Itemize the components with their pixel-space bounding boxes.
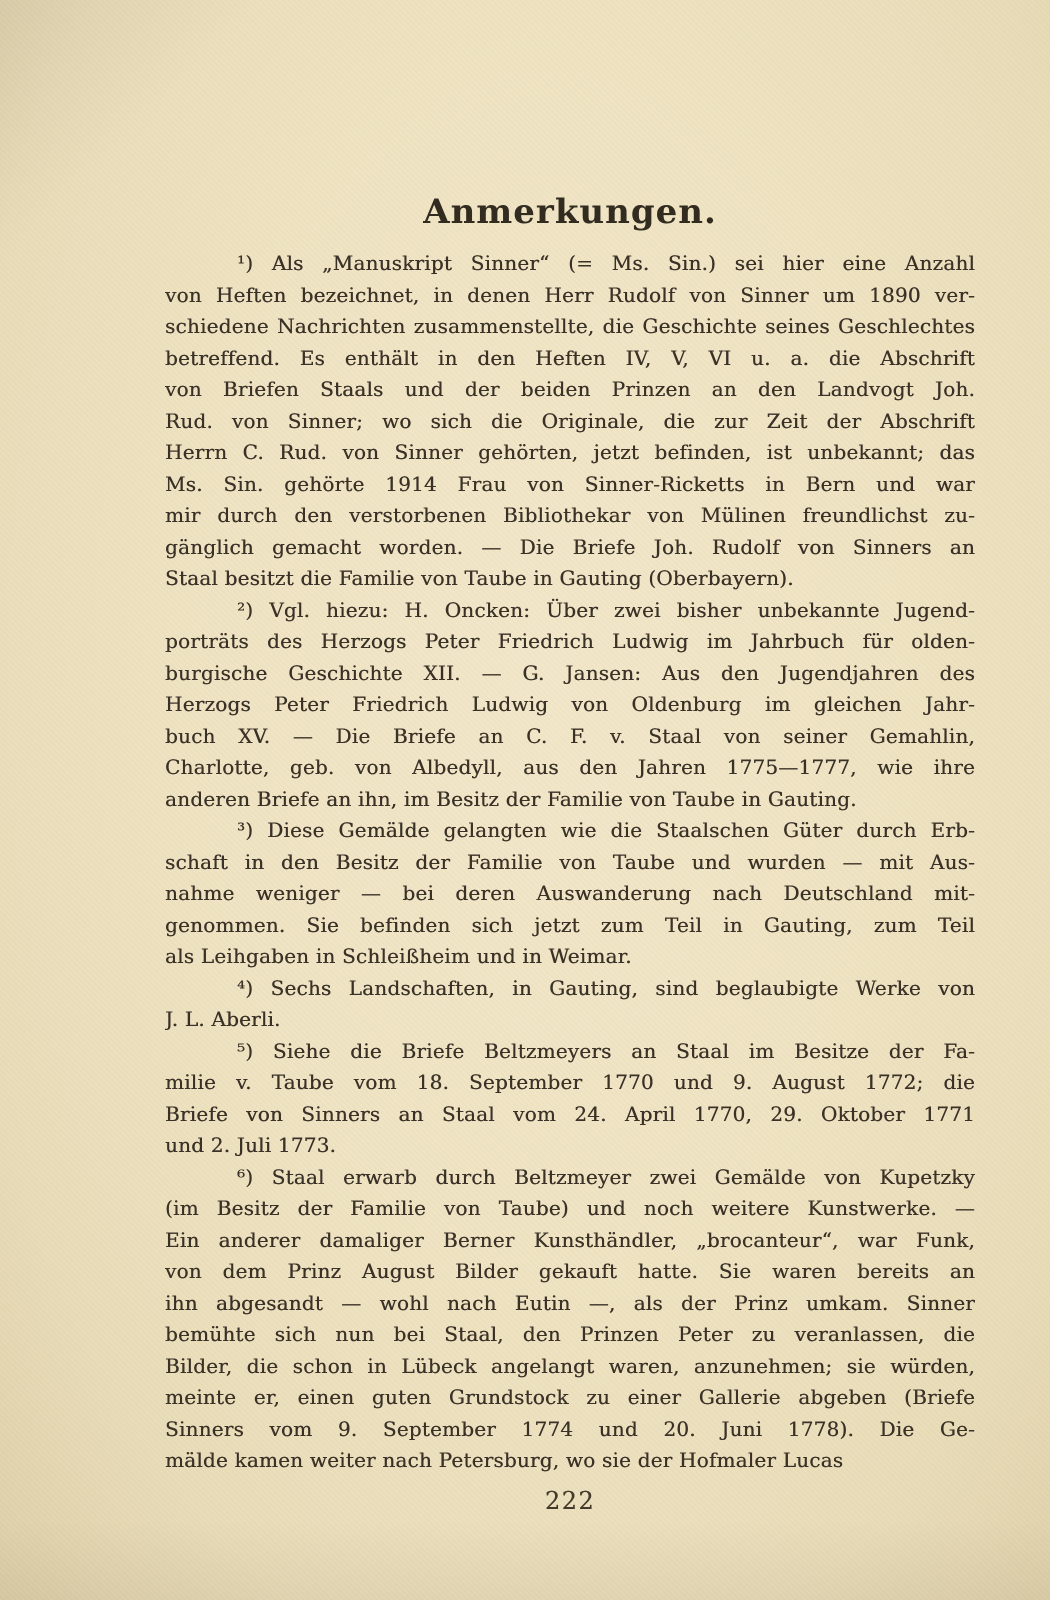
text-line: (im Besitz der Familie von Taube) und no… — [165, 1193, 975, 1225]
text-line: Bilder, die schon in Lübeck angelangt wa… — [165, 1351, 975, 1383]
text-line: Staal besitzt die Familie von Taube in G… — [165, 563, 975, 595]
text-line: J. L. Aberli. — [165, 1004, 975, 1036]
book-page: { "page": { "heading": "Anmerkungen.", "… — [0, 0, 1050, 1600]
text-line: meinte er, einen guten Grundstock zu ein… — [165, 1382, 975, 1414]
text-line: burgische Geschichte XII. — G. Jansen: A… — [165, 658, 975, 690]
page-number: 222 — [165, 1487, 975, 1515]
footnote-6: ⁶) Staal erwarb durch Beltzmeyer zwei Ge… — [165, 1162, 975, 1477]
text-line: von dem Prinz August Bilder gekauft hatt… — [165, 1256, 975, 1288]
text-line: Herzogs Peter Friedrich Ludwig von Olden… — [165, 689, 975, 721]
notes-section: ¹) Als „Manuskript Sinner“ (= Ms. Sin.) … — [165, 248, 975, 1477]
text-line: Charlotte, geb. von Albedyll, aus den Ja… — [165, 752, 975, 784]
text-line: Rud. von Sinner; wo sich die Originale, … — [165, 406, 975, 438]
text-line: Sinners vom 9. September 1774 und 20. Ju… — [165, 1414, 975, 1446]
text-line: buch XV. — Die Briefe an C. F. v. Staal … — [165, 721, 975, 753]
text-line: gänglich gemacht worden. — Die Briefe Jo… — [165, 532, 975, 564]
text-line: milie v. Taube vom 18. September 1770 un… — [165, 1067, 975, 1099]
page-heading: Anmerkungen. — [165, 190, 975, 234]
text-line: schiedene Nachrichten zusammenstellte, d… — [165, 311, 975, 343]
text-line: mälde kamen weiter nach Petersburg, wo s… — [165, 1445, 975, 1477]
text-line: Ein anderer damaliger Berner Kunsthändle… — [165, 1225, 975, 1257]
text-line: genommen. Sie befinden sich jetzt zum Te… — [165, 910, 975, 942]
text-line: porträts des Herzogs Peter Friedrich Lud… — [165, 626, 975, 658]
text-line: ihn abgesandt — wohl nach Eutin —, als d… — [165, 1288, 975, 1320]
text-line: und 2. Juli 1773. — [165, 1130, 975, 1162]
text-line: bemühte sich nun bei Staal, den Prinzen … — [165, 1319, 975, 1351]
page-content: Anmerkungen. ¹) Als „Manuskript Sinner“ … — [165, 0, 975, 1515]
text-line: nahme weniger — bei deren Auswanderung n… — [165, 878, 975, 910]
text-line: schaft in den Besitz der Familie von Tau… — [165, 847, 975, 879]
text-line: Herrn C. Rud. von Sinner gehörten, jetzt… — [165, 437, 975, 469]
text-line: Ms. Sin. gehörte 1914 Frau von Sinner-Ri… — [165, 469, 975, 501]
text-line: betreffend. Es enthält in den Heften IV,… — [165, 343, 975, 375]
text-line: als Leihgaben in Schleißheim und in Weim… — [165, 941, 975, 973]
footnote-2: ²) Vgl. hiezu: H. Oncken: Über zwei bish… — [165, 595, 975, 816]
text-line: von Briefen Staals und der beiden Prinze… — [165, 374, 975, 406]
text-line: ¹) Als „Manuskript Sinner“ (= Ms. Sin.) … — [165, 248, 975, 280]
footnote-3: ³) Diese Gemälde gelangten wie die Staal… — [165, 815, 975, 973]
footnote-4: ⁴) Sechs Landschaften, in Gauting, sind … — [165, 973, 975, 1036]
text-line: ⁵) Siehe die Briefe Beltzmeyers an Staal… — [165, 1036, 975, 1068]
footnote-1: ¹) Als „Manuskript Sinner“ (= Ms. Sin.) … — [165, 248, 975, 595]
text-line: Briefe von Sinners an Staal vom 24. Apri… — [165, 1099, 975, 1131]
text-line: ³) Diese Gemälde gelangten wie die Staal… — [165, 815, 975, 847]
text-line: anderen Briefe an ihn, im Besitz der Fam… — [165, 784, 975, 816]
footnote-5: ⁵) Siehe die Briefe Beltzmeyers an Staal… — [165, 1036, 975, 1162]
text-line: mir durch den verstorbenen Bibliothekar … — [165, 500, 975, 532]
text-line: ⁴) Sechs Landschaften, in Gauting, sind … — [165, 973, 975, 1005]
text-line: ⁶) Staal erwarb durch Beltzmeyer zwei Ge… — [165, 1162, 975, 1194]
text-line: von Heften bezeichnet, in denen Herr Rud… — [165, 280, 975, 312]
text-line: ²) Vgl. hiezu: H. Oncken: Über zwei bish… — [165, 595, 975, 627]
